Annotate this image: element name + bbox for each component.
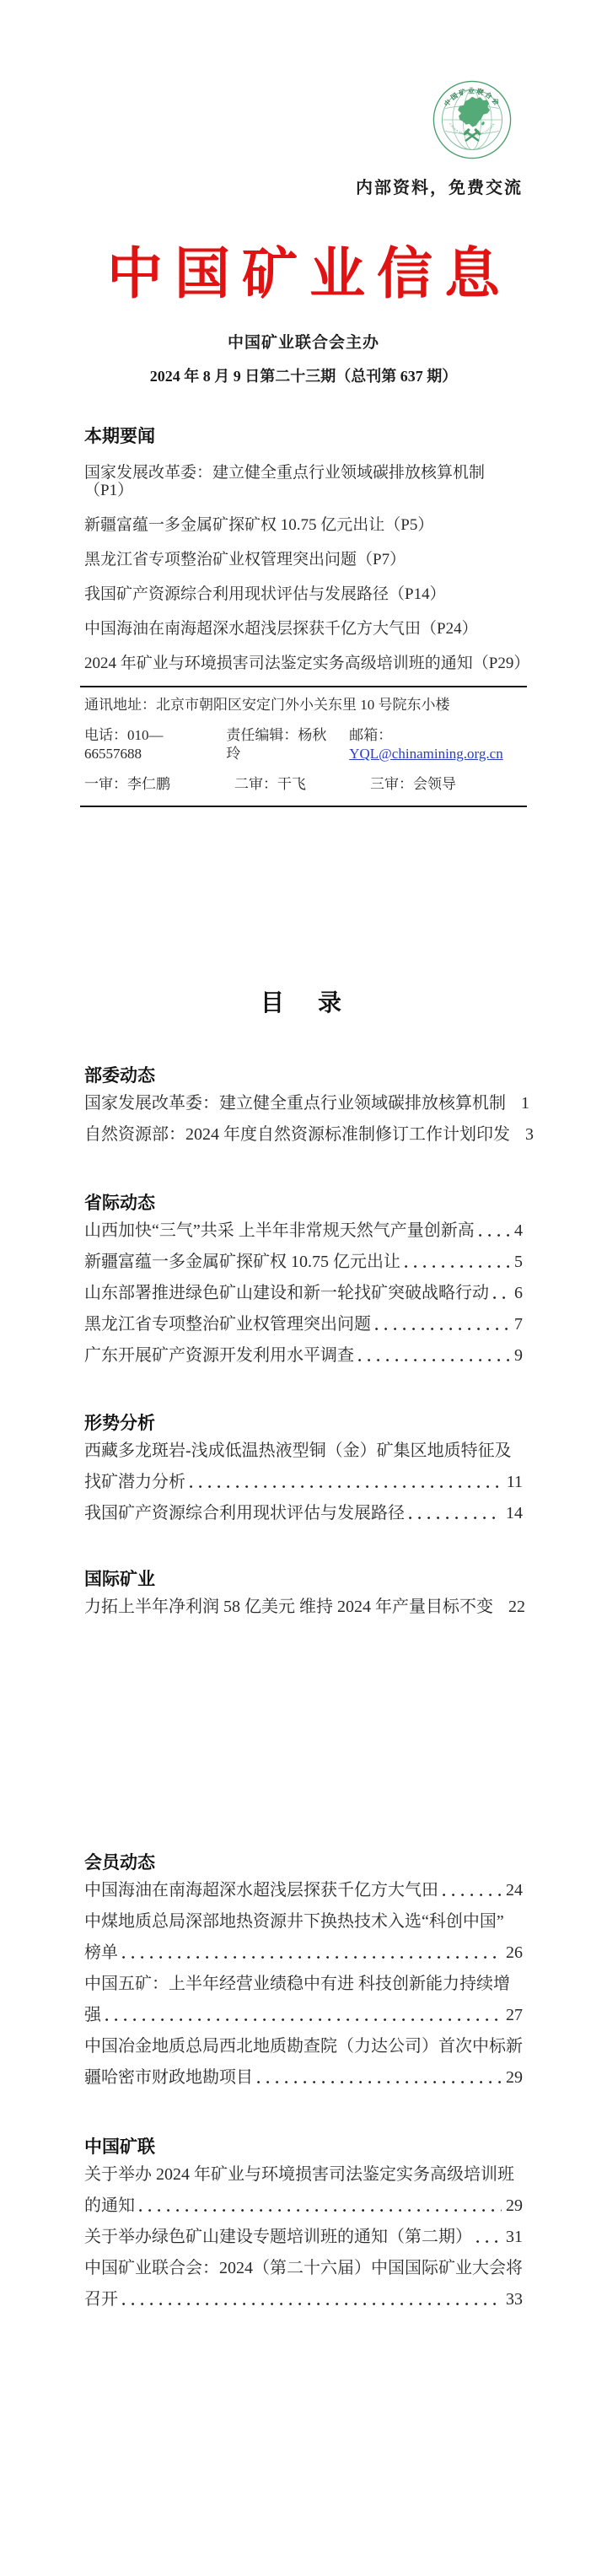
toc-entry: 力拓上半年净利润 58 亿美元 维持 2024 年产量目标不变 22: [84, 1598, 523, 1616]
toc-entry: 广东开展矿产资源开发利用水平调查 9: [84, 1346, 523, 1365]
contact-email-segment: 邮箱：YQL@chinamining.org.cn: [349, 726, 523, 763]
highlight-item: 2024 年矿业与环境损害司法鉴定实务高级培训班的通知（P29）: [84, 655, 523, 672]
toc-entry-text: 中国冶金地质总局西北地质勘查院（力达公司）首次中标新: [84, 2037, 523, 2056]
toc-dot-leader: [476, 2229, 502, 2246]
toc-entry: 国家发展改革委：建立健全重点行业领域碳排放核算机制 1: [84, 1094, 523, 1113]
toc-dot-leader: [122, 2292, 502, 2309]
toc-entry-page: 26: [506, 1943, 523, 1962]
internal-note: 内部资料，免费交流: [0, 174, 607, 198]
toc-dot-leader: [479, 1223, 510, 1240]
contact-box: 通讯地址：北京市朝阳区安定门外小关东里 10 号院东小楼 电话：010—6655…: [80, 686, 527, 807]
toc-entry: 山东部署推进绿色矿山建设和新一轮找矿突破战略行动 6: [84, 1284, 523, 1302]
toc-entry-text: 国家发展改革委：建立健全重点行业领域碳排放核算机制: [84, 1094, 506, 1113]
toc-entry-text: 广东开展矿产资源开发利用水平调查: [84, 1346, 354, 1365]
toc-entry: 山西加快“三气”共采 上半年非常规天然气产量创新高 4: [84, 1221, 523, 1240]
toc-entry-page: 4: [514, 1221, 523, 1240]
toc-entry: 疆哈密市财政地勘项目 29: [84, 2068, 523, 2087]
toc-entry-text: 新疆富蕴一多金属矿探矿权 10.75 亿元出让: [84, 1253, 400, 1271]
reviewers-line: 一审：李仁鹏 二审：干飞 三审：会领导: [84, 775, 523, 794]
toc-entries: 力拓上半年净利润 58 亿美元 维持 2024 年产量目标不变 22: [84, 1598, 523, 1616]
toc-entry-text: 西藏多龙斑岩-浅成低温热液型铜（金）矿集区地质特征及: [84, 1442, 512, 1460]
toc-title: 目 录: [84, 984, 523, 1018]
reviewer-second: 二审：干飞: [234, 775, 306, 794]
highlight-item: 国家发展改革委：建立健全重点行业领域碳排放核算机制（P1）: [84, 464, 523, 499]
toc-entry-page: 5: [514, 1253, 523, 1271]
toc-entry-text: 中国五矿：上半年经营业绩稳中有进 科技创新能力持续增: [84, 1975, 510, 1993]
toc-entry-page: 31: [506, 2228, 523, 2246]
toc-entry: 中国冶金地质总局西北地质勘查院（力达公司）首次中标新: [84, 2037, 523, 2056]
toc-section-heading: 会员动态: [84, 1851, 523, 1873]
toc-entries: 山西加快“三气”共采 上半年非常规天然气产量创新高 4 新疆富蕴一多金属矿探矿权…: [84, 1221, 523, 1365]
reviewer-third: 三审：会领导: [370, 775, 456, 794]
toc-entry-page: 29: [506, 2068, 523, 2087]
toc-entry-page: 11: [507, 1473, 523, 1491]
issue-date-line: 2024 年 8 月 9 日第二十三期（总刊第 637 期）: [0, 364, 607, 386]
toc-entry: 强 27: [84, 2006, 523, 2024]
toc-entry-text: 山西加快“三气”共采 上半年非常规天然气产量创新高: [84, 1221, 475, 1240]
toc-entry-text: 关于举办 2024 年矿业与环境损害司法鉴定实务高级培训班: [84, 2165, 514, 2184]
toc-section-heading: 省际动态: [84, 1192, 523, 1214]
toc-dot-leader: [409, 1506, 502, 1522]
toc-dot-leader: [514, 1127, 521, 1144]
toc-entry-page: 22: [508, 1598, 525, 1616]
toc-entry-text: 找矿潜力分析: [84, 1473, 185, 1491]
toc-entry-page: 29: [506, 2196, 523, 2215]
toc-entry: 榜单 26: [84, 1943, 523, 1962]
globe-hammers-logo-icon: 中国矿业联合会 CHINA MINING ASSOCIATION: [432, 79, 513, 160]
toc-entry-text: 自然资源部：2024 年度自然资源标准制修订工作计划印发: [84, 1125, 510, 1144]
contact-phone: 电话：010—66557688: [84, 726, 204, 763]
toc-dot-leader: [493, 1285, 510, 1302]
toc-section-member-news: 会员动态 中国海油在南海超深水超浅层探获千亿方大气田 24 中煤地质总局深部地热…: [84, 1851, 523, 2087]
toc-entry: 中国五矿：上半年经营业绩稳中有进 科技创新能力持续增: [84, 1975, 523, 1993]
toc-entry-text: 黑龙江省专项整治矿业权管理突出问题: [84, 1315, 371, 1334]
toc-dot-leader: [497, 1599, 504, 1616]
toc-entries: 关于举办 2024 年矿业与环境损害司法鉴定实务高级培训班 的通知 29 关于举…: [84, 2165, 523, 2309]
table-of-contents: 目 录 部委动态 国家发展改革委：建立健全重点行业领域碳排放核算机制 1 自然资…: [84, 984, 523, 2309]
toc-section-heading: 部委动态: [84, 1064, 523, 1086]
highlights-list: 国家发展改革委：建立健全重点行业领域碳排放核算机制（P1） 新疆富蕴一多金属矿探…: [84, 464, 523, 672]
toc-section-heading: 国际矿业: [84, 1568, 523, 1590]
toc-entry-page: 9: [514, 1346, 523, 1365]
publisher-line: 中国矿业联合会主办: [0, 330, 607, 353]
toc-dot-leader: [190, 1474, 502, 1491]
highlights-heading: 本期要闻: [84, 425, 523, 447]
toc-section-provincial-news: 省际动态 山西加快“三气”共采 上半年非常规天然气产量创新高 4 新疆富蕴一多金…: [84, 1192, 523, 1365]
highlight-item: 中国海油在南海超深水超浅层探获千亿方大气田（P24）: [84, 620, 523, 638]
toc-entry-text: 疆哈密市财政地勘项目: [84, 2068, 253, 2087]
china-mining-association-logo: 中国矿业联合会 CHINA MINING ASSOCIATION: [432, 79, 513, 160]
toc-entry-text: 榜单: [84, 1943, 118, 1962]
toc-entry-page: 14: [506, 1504, 523, 1522]
toc-entry-text: 中国矿业联合会：2024（第二十六届）中国国际矿业大会将: [84, 2259, 523, 2277]
newsletter-cover-page: 中国矿业联合会 CHINA MINING ASSOCIATION 内部资料，免费…: [0, 0, 607, 2576]
masthead-title: 中国矿业信息: [0, 244, 607, 306]
toc-entry: 中煤地质总局深部地热资源井下换热技术入选“科创中国”: [84, 1912, 523, 1931]
toc-entry-text: 力拓上半年净利润 58 亿美元 维持 2024 年产量目标不变: [84, 1598, 493, 1616]
toc-entry-page: 3: [525, 1125, 534, 1144]
toc-entries: 西藏多龙斑岩-浅成低温热液型铜（金）矿集区地质特征及 找矿潜力分析 11 我国矿…: [84, 1442, 523, 1522]
contact-email-link[interactable]: YQL@chinamining.org.cn: [349, 746, 502, 762]
toc-entry: 找矿潜力分析 11: [84, 1473, 523, 1491]
reviewer-first: 一审：李仁鹏: [84, 775, 170, 794]
toc-entries: 国家发展改革委：建立健全重点行业领域碳排放核算机制 1 自然资源部：2024 年…: [84, 1094, 523, 1144]
toc-dot-leader: [257, 2070, 502, 2087]
toc-section-ministry-news: 部委动态 国家发展改革委：建立健全重点行业领域碳排放核算机制 1 自然资源部：2…: [84, 1064, 523, 1144]
highlight-item: 新疆富蕴一多金属矿探矿权 10.75 亿元出让（P5）: [84, 516, 523, 534]
toc-entry-page: 1: [521, 1094, 529, 1113]
toc-entry-page: 27: [506, 2006, 523, 2024]
contact-editor: 责任编辑：杨秋玲: [226, 726, 327, 763]
toc-section-heading: 形势分析: [84, 1412, 523, 1434]
toc-entry-text: 的通知: [84, 2196, 135, 2215]
toc-dot-leader: [105, 2007, 502, 2024]
toc-dot-leader: [405, 1254, 510, 1271]
toc-entry: 新疆富蕴一多金属矿探矿权 10.75 亿元出让 5: [84, 1253, 523, 1271]
toc-entry: 自然资源部：2024 年度自然资源标准制修订工作计划印发 3: [84, 1125, 523, 1144]
toc-entry: 黑龙江省专项整治矿业权管理突出问题 7: [84, 1315, 523, 1334]
toc-dot-leader: [443, 1883, 502, 1900]
toc-entry-page: 24: [506, 1881, 523, 1900]
toc-entry-text: 山东部署推进绿色矿山建设和新一轮找矿突破战略行动: [84, 1284, 489, 1302]
toc-entry-text: 中煤地质总局深部地热资源井下换热技术入选“科创中国”: [84, 1912, 504, 1931]
toc-dot-leader: [510, 1096, 517, 1113]
toc-entry-page: 6: [514, 1284, 523, 1302]
toc-entry-page: 33: [506, 2290, 523, 2309]
toc-entry: 关于举办绿色矿山建设专题培训班的通知（第二期） 31: [84, 2228, 523, 2246]
toc-entries: 中国海油在南海超深水超浅层探获千亿方大气田 24 中煤地质总局深部地热资源井下换…: [84, 1881, 523, 2087]
toc-section-situation-analysis: 形势分析 西藏多龙斑岩-浅成低温热液型铜（金）矿集区地质特征及 找矿潜力分析 1…: [84, 1412, 523, 1522]
highlight-item: 我国矿产资源综合利用现状评估与发展路径（P14）: [84, 585, 523, 603]
toc-entry: 西藏多龙斑岩-浅成低温热液型铜（金）矿集区地质特征及: [84, 1442, 523, 1460]
contact-address: 通讯地址：北京市朝阳区安定门外小关东里 10 号院东小楼: [84, 696, 523, 714]
toc-entry-text: 我国矿产资源综合利用现状评估与发展路径: [84, 1504, 405, 1522]
toc-entry: 中国矿业联合会：2024（第二十六届）中国国际矿业大会将: [84, 2259, 523, 2277]
toc-entry: 的通知 29: [84, 2196, 523, 2215]
contact-email-label: 邮箱：: [349, 727, 392, 743]
highlights-section: 本期要闻 国家发展改革委：建立健全重点行业领域碳排放核算机制（P1） 新疆富蕴一…: [84, 425, 523, 672]
toc-dot-leader: [375, 1317, 510, 1334]
toc-entry: 中国海油在南海超深水超浅层探获千亿方大气田 24: [84, 1881, 523, 1900]
highlight-item: 黑龙江省专项整治矿业权管理突出问题（P7）: [84, 551, 523, 569]
toc-section-international-mining: 国际矿业 力拓上半年净利润 58 亿美元 维持 2024 年产量目标不变 22: [84, 1568, 523, 1616]
contact-phone-editor-email-line: 电话：010—66557688 责任编辑：杨秋玲 邮箱：YQL@chinamin…: [84, 726, 523, 763]
toc-entry-text: 中国海油在南海超深水超浅层探获千亿方大气田: [84, 1881, 438, 1900]
toc-entry: 召开 33: [84, 2290, 523, 2309]
toc-entry-page: 7: [514, 1315, 523, 1334]
toc-dot-leader: [358, 1348, 510, 1365]
toc-entry: 我国矿产资源综合利用现状评估与发展路径 14: [84, 1504, 523, 1522]
toc-section-china-mining-association: 中国矿联 关于举办 2024 年矿业与环境损害司法鉴定实务高级培训班 的通知 2…: [84, 2136, 523, 2309]
toc-section-heading: 中国矿联: [84, 2136, 523, 2158]
toc-dot-leader: [122, 1945, 502, 1962]
toc-entry-text: 关于举办绿色矿山建设专题培训班的通知（第二期）: [84, 2228, 472, 2246]
toc-entry-text: 召开: [84, 2290, 118, 2309]
toc-entry: 关于举办 2024 年矿业与环境损害司法鉴定实务高级培训班: [84, 2165, 523, 2184]
toc-entry-text: 强: [84, 2006, 101, 2024]
toc-dot-leader: [139, 2198, 502, 2215]
